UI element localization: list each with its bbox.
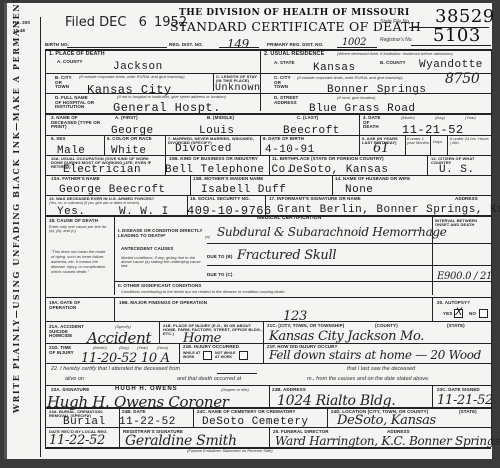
res-street-note: (If rural, give location)	[337, 96, 375, 100]
res-county: Wyandotte	[419, 59, 483, 71]
injury-location-label: 21c. (CITY, TOWN, OR TOWNSHIP)	[267, 324, 344, 329]
cause-b: Fractured Skull	[237, 248, 336, 263]
father-label: 13a. FATHER'S NAME	[51, 177, 100, 182]
manner-label: 21a. ACCIDENT SUICIDE HOMICIDE	[49, 325, 89, 339]
other-conditions-label: II. OTHER SIGNIFICANT CONDITIONS	[118, 284, 201, 289]
footer-note: (Funeral Embalmer Statement on Reverse S…	[187, 449, 273, 453]
other-conditions-note: Conditions contributing to the death but…	[121, 290, 321, 294]
res-street-label: d. STREET ADDRESS	[274, 96, 299, 105]
medical-header: MEDICAL CERTIFICATION	[257, 216, 321, 221]
death-certificate: WRITE PLAINLY—USING UNFADING BLACK INK—M…	[4, 3, 492, 459]
cause-note: Enter only one cause per line for (a), (…	[49, 225, 109, 233]
operation-date-label: 19a. DATE OF OPERATION	[49, 301, 109, 310]
not-while-at-work-checkbox[interactable]	[239, 351, 248, 360]
interval-label: INTERVAL BETWEEN ONSET AND DEATH	[435, 219, 489, 227]
autopsy-label: 20. AUTOPSY?	[437, 301, 470, 306]
state-file-label: State File No.	[380, 20, 410, 25]
cemetery-location: DeSoto, Kansas	[337, 413, 436, 428]
last-name-label: c. (Last)	[297, 116, 318, 121]
margin-instruction: WRITE PLAINLY—USING UNFADING BLACK INK—M…	[11, 0, 21, 413]
res-county-label: b. COUNTY	[380, 61, 406, 66]
registrar-number: 5103	[433, 25, 481, 46]
birth-no-label: BIRTH NO.	[45, 43, 69, 48]
death-county: Jackson	[113, 61, 163, 73]
spouse-label: 14. NAME OF HUSBAND OR WIFE	[335, 177, 410, 182]
part1-label: I. DISEASE OR CONDITION DIRECTLY LEADING…	[118, 229, 213, 238]
ssn-label: 16. SOCIAL SECURITY NO.	[190, 197, 250, 202]
typed-certifier-name: Hugh H. Owens	[115, 386, 178, 392]
cause-a: Subdural & Subarachnoid Hemorrhage	[217, 225, 447, 239]
injury-occurred-label: 21e. INJURY OCCURRED	[183, 345, 239, 350]
date-signed-label: 23c. DATE SIGNED	[437, 388, 480, 393]
middle-name-label: b. (Middle)	[207, 116, 234, 121]
first-name-label: a. (First)	[115, 116, 138, 121]
res-state-label: a. STATE	[274, 61, 295, 66]
res-city-note: (If outside corporate limits, write RURA…	[297, 76, 442, 80]
certify-statement: 22. I hereby certify that I attended the…	[51, 367, 180, 373]
date-received: 11-22-52	[49, 433, 105, 448]
interval-note: E900.0 / 21	[437, 271, 492, 282]
autopsy-yes-checkbox[interactable]: X	[454, 309, 463, 318]
reg-dist-label: REG. DIST. NO.	[169, 43, 203, 48]
form-number: Rs. 300	[13, 21, 30, 26]
antecedent-note: Morbid conditions, if any, giving rise t…	[121, 256, 205, 269]
division-title: THE DIVISION OF HEALTH OF MISSOURI	[179, 8, 410, 18]
county-label: a. COUNTY	[57, 60, 83, 65]
how-injury-occurred: Fell down stairs at home — 20 Wood	[269, 348, 481, 362]
hospital-label: d. FULL NAME OF HOSPITAL OR INSTITUTION	[55, 96, 95, 110]
death-city-label: b. CITY OR TOWN	[55, 76, 75, 90]
certifier-address-label: 23b. ADDRESS	[272, 388, 306, 393]
form-revision: 10-48	[13, 29, 25, 34]
burial-date-label: 24b. DATE	[122, 410, 146, 415]
date-of-death-label: 4. DATE OF DEATH	[363, 116, 383, 130]
length-of-stay-label: c. LENGTH OF STAY (in this place)	[216, 75, 260, 83]
birthplace-label: 11. BIRTHPLACE (State or foreign country…	[272, 157, 384, 162]
time-of-injury-label: 21d. TIME OF INJURY	[49, 346, 79, 355]
residence-note: (Where deceased lived. If institution: r…	[337, 52, 487, 56]
injury-location: Kansas City Jackson Mo.	[269, 329, 424, 344]
cause-side-note: "This does not mean the mode of dying, s…	[51, 249, 109, 274]
filed-stamp: Filed DEC 6 1952	[65, 15, 187, 30]
age: 61	[373, 141, 389, 156]
cemetery-label: 24c. NAME OF CEMETERY OR CREMATORY	[197, 410, 296, 415]
signature-label: 23a. SIGNATURE	[51, 388, 89, 393]
state-file-number: 38529	[435, 6, 495, 27]
race-label: 6. COLOR OR RACE	[107, 137, 152, 142]
antecedent-label: ANTECEDENT CAUSES	[121, 247, 173, 252]
registrar-label: Registrar's No.	[380, 38, 413, 43]
funeral-director: Ward Harrington, K.C. Bonner Springs	[275, 434, 500, 448]
autopsy-no-checkbox[interactable]	[479, 309, 488, 318]
primary-reg-label: PRIMARY REG. DIST. NO.	[267, 43, 323, 48]
while-at-work-checkbox[interactable]	[203, 351, 212, 360]
informant-label: 17. INFORMANT'S SIGNATURE OR NAME	[269, 197, 361, 202]
residence-label: 2. USUAL RESIDENCE	[264, 52, 324, 58]
death-city-note: (If outside corporate limits, write RURA…	[79, 75, 209, 79]
name-label: 3. NAME OF DECEASED (Type or Print)	[51, 116, 101, 130]
res-city-margin-note: 8750	[445, 71, 479, 87]
res-city-label: c. CITY OR TOWN	[274, 76, 294, 90]
sex-label: 5. SEX	[51, 137, 66, 142]
place-of-death-label: 1. PLACE OF DEATH	[49, 52, 105, 58]
mother-label: 13b. MOTHER'S MAIDEN NAME	[193, 177, 263, 182]
cause-label: 18. CAUSE OF DEATH	[49, 219, 98, 224]
date-signed: 11-21-52	[437, 393, 493, 408]
business-label: 10b. KIND OF BUSINESS OR INDUSTRY	[169, 157, 258, 162]
operation-findings-label: 19b. MAJOR FINDINGS OF OPERATION	[119, 301, 207, 306]
dob-label: 8. DATE OF BIRTH	[263, 137, 304, 142]
marital-status: Divorced	[175, 143, 232, 155]
hospital-note: (If not in hospital or institution, give…	[117, 95, 257, 99]
